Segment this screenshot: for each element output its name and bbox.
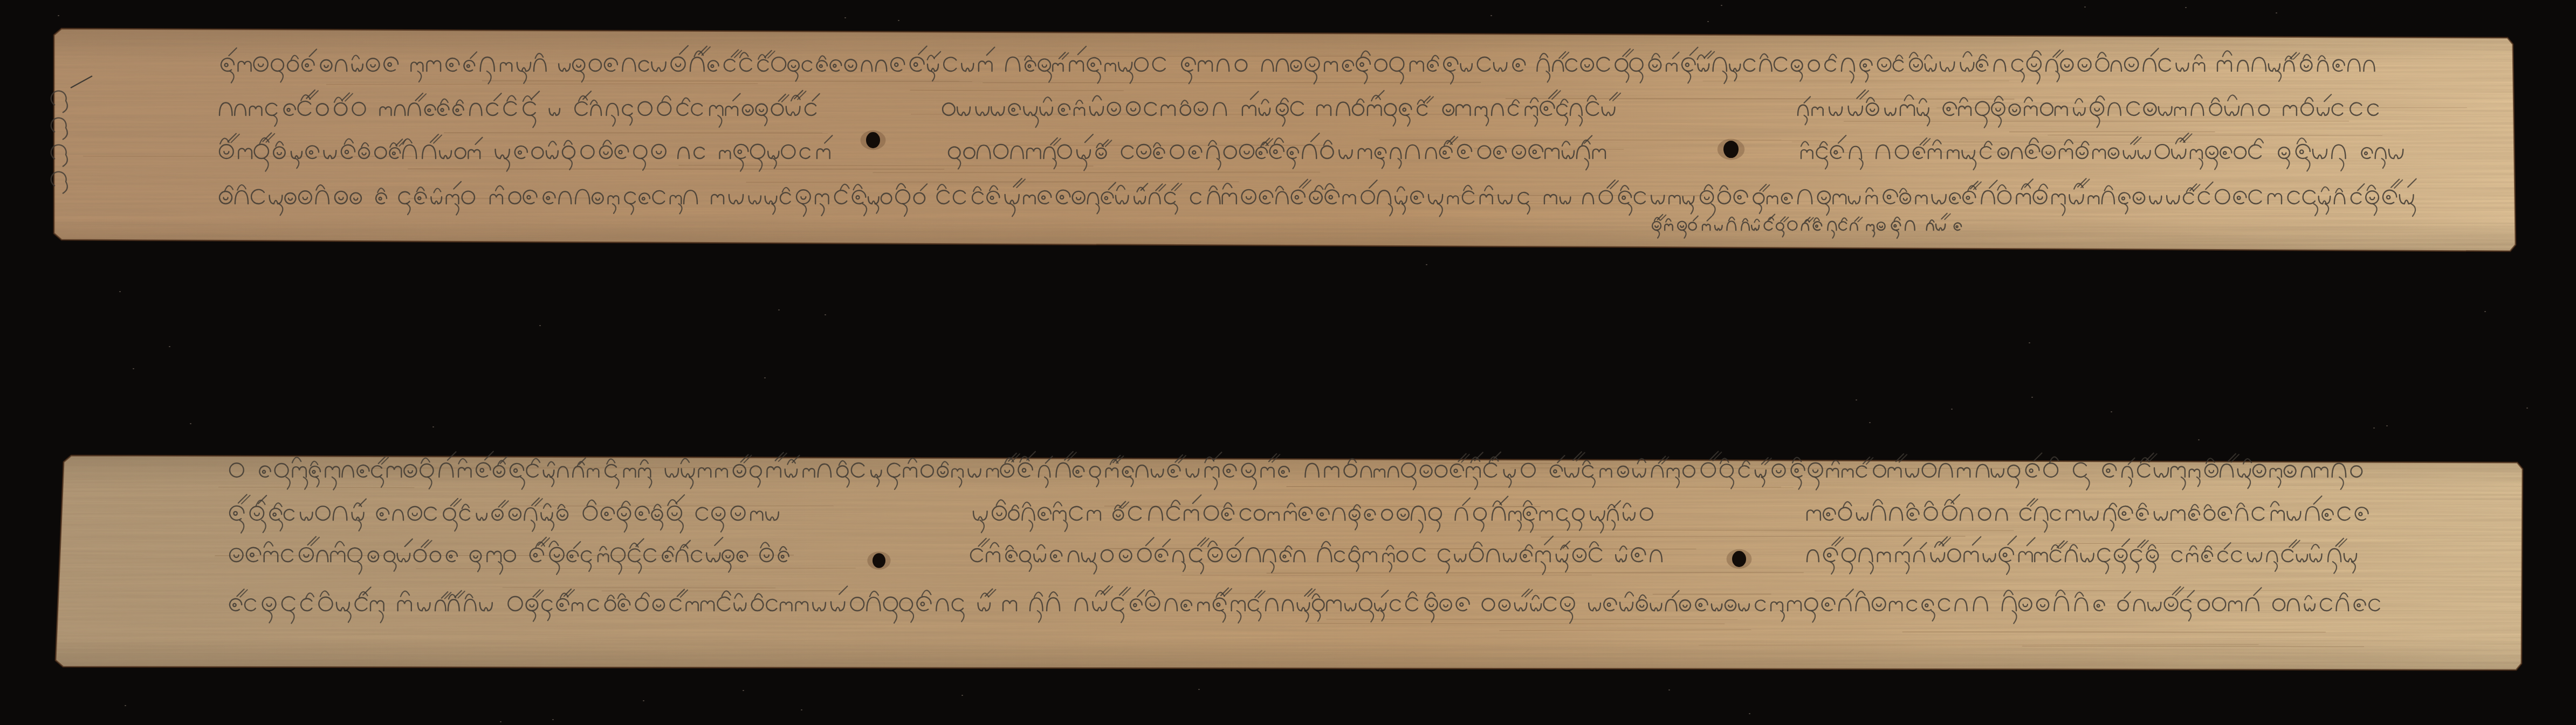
leaves-layer (51, 29, 2523, 670)
lint-speck (1869, 422, 1871, 423)
lint-speck (778, 309, 780, 310)
string-hole (1727, 549, 1752, 569)
lint-speck (2029, 342, 2030, 343)
string-hole (867, 551, 890, 570)
string-hole (1718, 139, 1744, 160)
lint-speck (169, 346, 170, 347)
lint-speck (825, 314, 826, 315)
lint-speck (2185, 7, 2187, 8)
lint-speck (1490, 15, 1492, 16)
string-hole (861, 130, 886, 150)
lint-speck (2526, 408, 2528, 409)
lint-speck (801, 709, 802, 710)
leaf-top (51, 29, 2516, 251)
lint-speck (1749, 713, 1750, 714)
lint-speck (2031, 397, 2033, 398)
lint-speck (2084, 6, 2086, 8)
lint-speck (961, 695, 963, 696)
lint-speck (432, 426, 434, 427)
lint-speck (190, 423, 191, 424)
lint-speck (125, 705, 126, 706)
lint-speck (552, 719, 554, 720)
lint-speck (1198, 689, 1200, 690)
lint-speck (58, 15, 59, 16)
manuscript-photo (0, 0, 2576, 725)
lint-speck (1668, 689, 1670, 691)
leaf-bottom (56, 451, 2523, 670)
lint-speck (1426, 264, 1427, 265)
lint-speck (2373, 427, 2375, 429)
lint-speck (844, 17, 846, 18)
lint-speck (643, 700, 644, 701)
manuscript-canvas (0, 0, 2576, 725)
